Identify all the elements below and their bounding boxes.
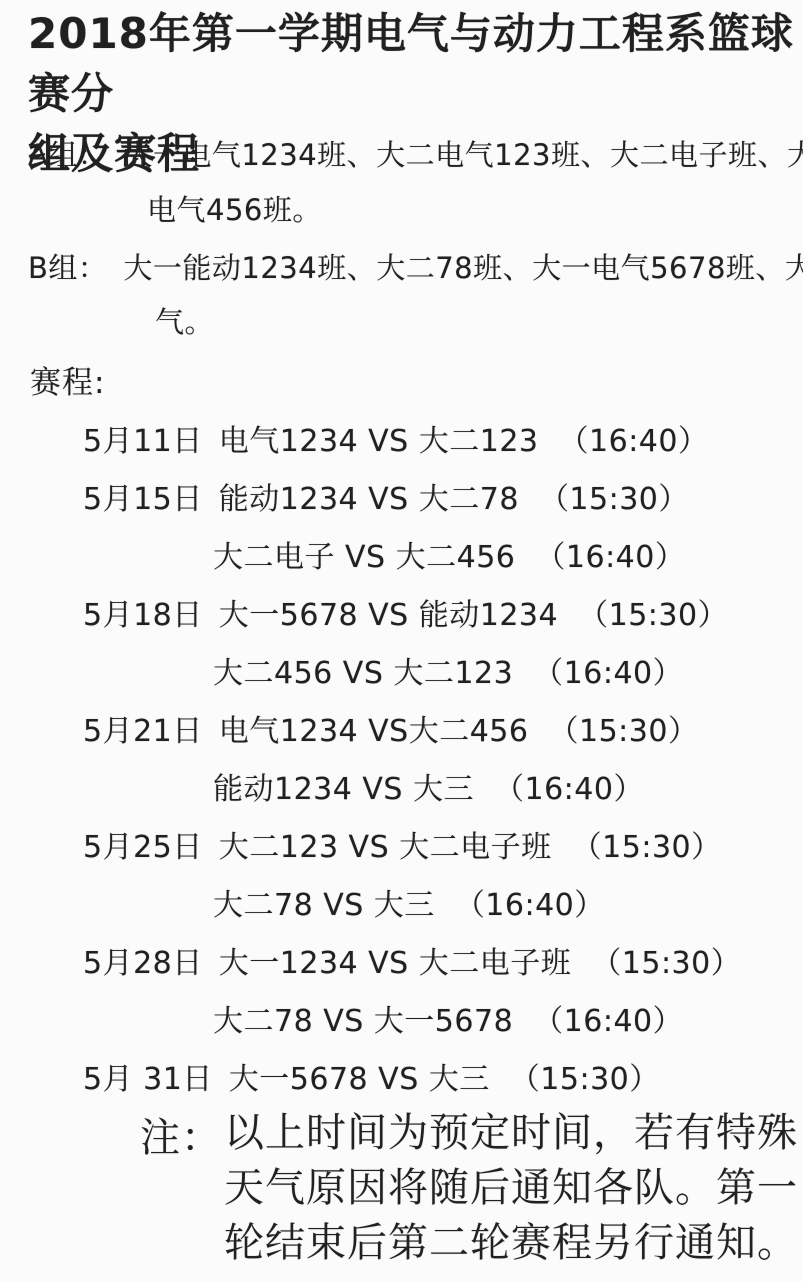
match-date: 5月15日 (83, 474, 203, 518)
match-date: 5月25日 (83, 822, 203, 866)
note-body: 以上时间为预定时间，若有特殊 天气原因将随后通知各队。第一 轮结束后第二轮赛程另… (224, 1106, 798, 1271)
match-teams: 大二78 VS 大三 (213, 880, 435, 924)
match-time: （16:40） (494, 764, 644, 808)
match-time: （15:30） (591, 938, 741, 982)
schedule-heading: 赛程: (30, 357, 105, 402)
match-date: 5月28日 (83, 938, 203, 982)
match-date: 5月18日 (83, 590, 203, 634)
group-b-row: B组： 大一能动1234班、大二78班、大一电气5678班、大三电 (28, 247, 803, 289)
match-teams: 大二78 VS 大一5678 (213, 996, 513, 1040)
match-time: （16:40） (455, 880, 605, 924)
match-teams: 电气1234 VS 大二123 (219, 416, 539, 460)
match-teams: 大二456 VS 大二123 (213, 648, 513, 692)
schedule-list: 5月11日 电气1234 VS 大二123 （16:40） 5月15日 能动12… (0, 409, 803, 1105)
match-time: （15:30） (510, 1054, 660, 1098)
match-teams: 大二电子 VS 大二456 (213, 532, 515, 576)
match-time: （15:30） (539, 474, 689, 518)
match-teams: 能动1234 VS 大二78 (219, 474, 519, 518)
match-time: （15:30） (572, 822, 722, 866)
group-b-row-continuation: 气。 (155, 301, 214, 343)
schedule-row: 能动1234 VS 大三 （16:40） (0, 757, 803, 815)
match-teams: 大一5678 VS 能动1234 (219, 590, 558, 634)
scanned-document: 2018年第一学期电气与动力工程系篮球赛分 组及赛程 A组： 大一电气1234班… (0, 0, 803, 1281)
schedule-row: 大二78 VS 大一5678 （16:40） (0, 989, 803, 1047)
match-teams: 电气1234 VS大二456 (219, 706, 529, 750)
group-b-members-line2: 气。 (155, 301, 214, 343)
match-teams: 大二123 VS 大二电子班 (219, 822, 552, 866)
note-label: 注： (140, 1106, 222, 1271)
group-a-row: A组： 大一电气1234班、大二电气123班、大二电子班、大二 (28, 134, 803, 176)
match-time: （15:30） (578, 590, 728, 634)
match-time: （16:40） (559, 416, 709, 460)
schedule-row: 5月25日 大二123 VS 大二电子班 （15:30） (0, 815, 803, 873)
note-line: 天气原因将随后通知各队。第一 (224, 1161, 798, 1216)
note-line: 轮结束后第二轮赛程另行通知。 (224, 1216, 798, 1271)
schedule-row: 大二456 VS 大二123 （16:40） (0, 641, 803, 699)
schedule-row: 5月28日 大一1234 VS 大二电子班 （15:30） (0, 931, 803, 989)
match-time: （16:40） (533, 648, 683, 692)
group-b-members-line1: 大一能动1234班、大二78班、大一电气5678班、大三电 (123, 247, 803, 289)
schedule-row: 5月21日 电气1234 VS大二456 （15:30） (0, 699, 803, 757)
schedule-row: 5月11日 电气1234 VS 大二123 （16:40） (0, 409, 803, 467)
match-teams: 大一5678 VS 大三 (229, 1054, 490, 1098)
note: 注： 以上时间为预定时间，若有特殊 天气原因将随后通知各队。第一 轮结束后第二轮… (140, 1106, 798, 1271)
group-a-row-continuation: 电气456班。 (147, 189, 322, 231)
group-a-members-line1: 大一电气1234班、大二电气123班、大二电子班、大二 (123, 134, 803, 176)
match-time: （15:30） (548, 706, 698, 750)
note-line: 以上时间为预定时间，若有特殊 (224, 1106, 798, 1161)
match-time: （16:40） (533, 996, 683, 1040)
match-date: 5月11日 (83, 416, 203, 460)
match-date: 5月 31日 (83, 1054, 213, 1098)
schedule-row: 大二78 VS 大三 （16:40） (0, 873, 803, 931)
page-title-line1: 2018年第一学期电气与动力工程系篮球赛分 (28, 4, 800, 124)
schedule-row: 5月15日 能动1234 VS 大二78 （15:30） (0, 467, 803, 525)
schedule-row: 大二电子 VS 大二456 （16:40） (0, 525, 803, 583)
schedule-row: 5月 31日 大一5678 VS 大三 （15:30） (0, 1047, 803, 1105)
group-a-members-line2: 电气456班。 (147, 189, 322, 231)
match-teams: 大一1234 VS 大二电子班 (219, 938, 572, 982)
match-teams: 能动1234 VS 大三 (213, 764, 474, 808)
match-date: 5月21日 (83, 706, 203, 750)
group-b-label: B组： (28, 247, 107, 289)
group-a-label: A组： (28, 134, 107, 176)
schedule-row: 5月18日 大一5678 VS 能动1234 （15:30） (0, 583, 803, 641)
match-time: （16:40） (535, 532, 685, 576)
